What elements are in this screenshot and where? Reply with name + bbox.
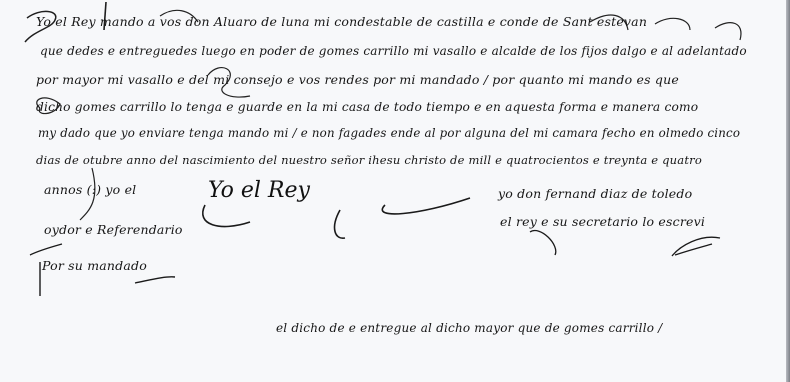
manuscript-page: Yo el Rey mando a vos don Aluaro de luna…	[0, 0, 786, 382]
secretary-line-2: el rey e su secretario lo escrevi	[500, 214, 705, 229]
body-line-4: dicho gomes carrillo lo tenga e guarde e…	[36, 100, 698, 114]
page-edge	[786, 0, 790, 382]
royal-signature: Yo el Rey	[208, 178, 310, 203]
body-line-3: por mayor mi vasallo e del mi consejo e …	[36, 72, 679, 87]
body-line-5: my dado que yo enviare tenga mando mi / …	[38, 126, 740, 140]
body-line-1: Yo el Rey mando a vos don Aluaro de luna…	[36, 14, 647, 29]
body-line-7: annos (:) yo el	[44, 182, 136, 197]
footer-note: el dicho de e entregue al dicho mayor qu…	[276, 321, 662, 335]
body-line-6: dias de otubre anno del nascimiento del …	[36, 153, 702, 167]
body-line-2: que dedes e entreguedes luego en poder d…	[40, 44, 747, 58]
left-note-oydor: oydor e Referendario	[44, 222, 183, 237]
left-note-mandado: Por su mandado	[42, 258, 147, 273]
secretary-line-1: yo don fernand diaz de toledo	[498, 186, 692, 201]
